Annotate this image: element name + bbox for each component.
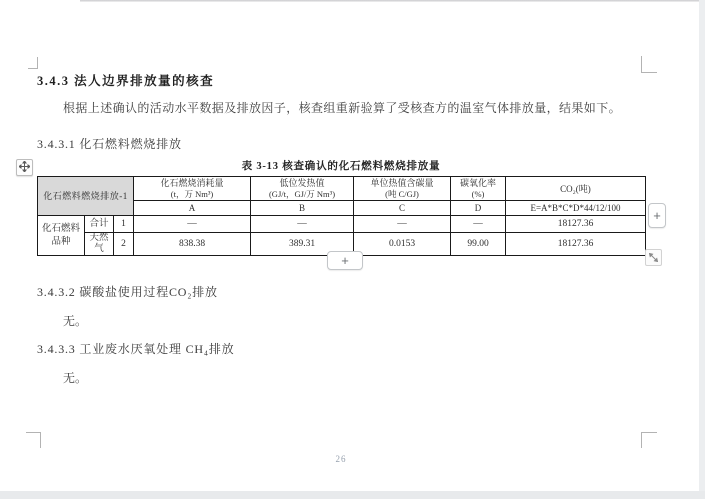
diagonal-resize-icon [649, 249, 658, 267]
margin-mark-bottom-left-icon [26, 432, 41, 448]
header-consumption-unit: (t，万 Nm³) [134, 189, 250, 200]
insert-row-button[interactable]: + [327, 251, 363, 270]
cell-gas-label[interactable]: 天然气 [85, 233, 114, 256]
table-move-handle[interactable] [16, 159, 33, 176]
cell-total-E[interactable]: 18127.36 [506, 216, 646, 233]
insert-column-button[interactable]: + [648, 203, 666, 228]
header-carbon-content-unit: (吨 C/GJ) [354, 189, 450, 200]
cell-gas-D[interactable]: 99.00 [451, 233, 506, 256]
margin-mark-bottom-right-icon [641, 432, 657, 448]
key-cell-E-formula[interactable]: E=A*B*C*D*44/12/100 [506, 201, 646, 216]
key-cell-B[interactable]: B [251, 201, 354, 216]
row-group-line2: 品种 [38, 236, 84, 249]
header-consumption-title: 化石燃烧消耗量 [134, 177, 250, 189]
cell-gas-A[interactable]: 838.38 [134, 233, 251, 256]
table-resize-handle[interactable] [645, 249, 662, 266]
row-group-line1: 化石燃料 [38, 223, 84, 236]
page-number: 26 [0, 454, 682, 464]
table-caption[interactable]: 表 3-13 核查确认的化石燃料燃烧排放量 [37, 158, 645, 173]
header-oxidation-rate[interactable]: 碳氧化率 (%) [451, 177, 506, 201]
header-co2[interactable]: CO₂(吨) [506, 177, 646, 201]
emissions-table: 化石燃料燃烧排放-1 化石燃烧消耗量 (t，万 Nm³) 低位发热值 (GJ/t… [37, 176, 646, 256]
cell-total-A[interactable]: — [134, 216, 251, 233]
header-heating-value-unit: (GJ/t，GJ/万 Nm³) [251, 189, 353, 200]
header-co2-title: CO₂(吨) [506, 183, 645, 195]
cell-total-C[interactable]: — [354, 216, 451, 233]
header-carbon-content[interactable]: 单位热值含碳量 (吨 C/GJ) [354, 177, 451, 201]
none-statement-1[interactable]: 无。 [63, 312, 87, 329]
key-cell-A[interactable]: A [134, 201, 251, 216]
cell-total-D[interactable]: — [451, 216, 506, 233]
row-group-fuel-type[interactable]: 化石燃料 品种 [38, 216, 85, 256]
header-oxidation-rate-title: 碳氧化率 [451, 177, 505, 189]
page-top-edge [80, 0, 705, 2]
document-page: { "doc": { "heading_343": "3.4.3 法人边界排放量… [0, 0, 705, 499]
move-cross-icon [19, 159, 30, 177]
cell-gas-no[interactable]: 2 [114, 233, 134, 256]
heading-3-4-3-2[interactable]: 3.4.3.2 碳酸盐使用过程CO₂排放 [37, 283, 218, 300]
cell-gas-E[interactable]: 18127.36 [506, 233, 646, 256]
header-consumption[interactable]: 化石燃烧消耗量 (t，万 Nm³) [134, 177, 251, 201]
header-heating-value-title: 低位发热值 [251, 177, 353, 189]
margin-mark-top-left-icon [28, 57, 38, 69]
heading-3-4-3[interactable]: 3.4.3 法人边界排放量的核查 [37, 71, 214, 89]
cell-total-B[interactable]: — [251, 216, 354, 233]
body-paragraph[interactable]: 根据上述确认的活动水平数据及排放因子，核查组重新验算了受核查方的温室气体排放量，… [63, 99, 621, 116]
margin-mark-top-right-icon [641, 56, 657, 73]
cell-total-no[interactable]: 1 [114, 216, 134, 233]
canvas-gutter-right [699, 0, 705, 499]
heading-3-4-3-3[interactable]: 3.4.3.3 工业废水厌氧处理 CH₄排放 [37, 340, 234, 357]
canvas-gutter-bottom [0, 491, 705, 499]
header-heating-value[interactable]: 低位发热值 (GJ/t，GJ/万 Nm³) [251, 177, 354, 201]
cell-total-label[interactable]: 合计 [85, 216, 114, 233]
header-carbon-content-title: 单位热值含碳量 [354, 177, 450, 189]
none-statement-2[interactable]: 无。 [63, 369, 87, 386]
table-corner-label[interactable]: 化石燃料燃烧排放-1 [38, 177, 134, 216]
key-cell-D[interactable]: D [451, 201, 506, 216]
cell-gas-C[interactable]: 0.0153 [354, 233, 451, 256]
heading-3-4-3-1[interactable]: 3.4.3.1 化石燃料燃烧排放 [37, 135, 182, 152]
key-cell-C[interactable]: C [354, 201, 451, 216]
header-oxidation-rate-unit: (%) [451, 189, 505, 200]
